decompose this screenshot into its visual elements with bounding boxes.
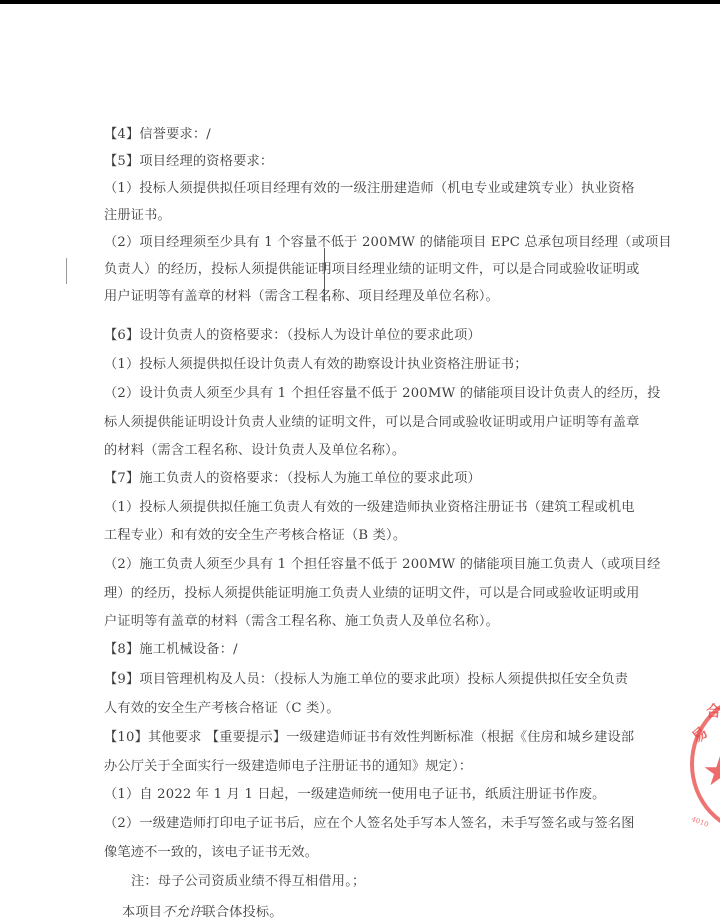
scan-margin-mark <box>66 258 67 284</box>
consortium-prefix: 本项目 <box>122 905 162 920</box>
seal-star-icon: ★ <box>702 752 720 792</box>
section-5-item-1: （1）投标人须提供拟任项目经理有效的一级注册建造师（机电专业或建筑专业）执业资格 <box>104 180 612 198</box>
section-8-equipment: 【8】施工机械设备：/ <box>104 641 238 659</box>
section-10-item-2: （2）一级建造师打印电子证书后，应在个人签名处手写本人签名，未手写签名或与签名图 <box>104 815 608 833</box>
section-10-heading: 【10】其他要求 【重要提示】一级建造师证书有效性判断标准（根据《住房和城乡建设… <box>104 729 616 747</box>
section-7-item-2: （2）施工负责人须至少具有 1 个担任容量不低于 200MW 的储能项目施工负责… <box>104 556 616 574</box>
section-7-heading: 【7】施工负责人的资格要求：（投标人为施工单位的要求此项） <box>104 470 481 488</box>
section-6-item-2-cont-2: 的材料（需含工程名称、设计负责人及单位名称）。 <box>104 442 405 460</box>
scanned-document-page: 【4】信誉要求：/ 【5】项目经理的资格要求： （1）投标人须提供拟任项目经理有… <box>0 0 720 921</box>
section-9-cont: 人有效的安全生产考核合格证（C 类）。 <box>104 700 340 718</box>
section-7-item-1-cont: 工程专业）和有效的安全生产考核合格证（B 类）。 <box>104 527 406 545</box>
section-6-item-1: （1）投标人须提供拟任设计负责人有效的勘察设计执业资格注册证书； <box>104 356 528 374</box>
seal-char-1: 合 <box>706 700 720 721</box>
consortium-emphasis: 不允许 <box>162 905 202 920</box>
consortium-line: 本项目不允许联合体投标。 <box>122 904 283 921</box>
section-6-item-2: （2）设计负责人须至少具有 1 个担任容量不低于 200MW 的储能项目设计负责… <box>104 385 616 403</box>
section-7-item-1: （1）投标人须提供拟任施工负责人有效的一级建造师执业资格注册证书（建筑工程或机电 <box>104 499 612 517</box>
section-5-heading: 【5】项目经理的资格要求： <box>104 153 273 171</box>
section-10-cont: 办公厅关于全面实行一级建造师电子注册证书的通知》规定）： <box>104 758 472 776</box>
section-7-item-2-cont-1: 理）的经历，投标人须提供能证明施工负责人业绩的证明文件，可以是合同或验收证明或用 <box>104 585 616 603</box>
note-line: 注：母子公司资质业绩不得互相借用。； <box>131 873 365 891</box>
section-10-item-1: （1）自 2022 年 1 月 1 日起，一级建造师统一使用电子证书，纸质注册证… <box>104 786 606 804</box>
section-6-heading: 【6】设计负责人的资格要求：（投标人为设计单位的要求此项） <box>104 327 481 345</box>
section-5-item-2: （2）项目经理须至少具有 1 个容量不低于 200MW 的储能项目 EPC 总承… <box>104 234 616 252</box>
section-5-item-1-cont: 注册证书。 <box>104 207 171 225</box>
section-9-heading: 【9】项目管理机构及人员：（投标人为施工单位的要求此项）投标人须提供拟任安全负责 <box>104 671 616 689</box>
section-6-item-2-cont-1: 标人须提供能证明设计负责人业绩的证明文件，可以是合同或验收证明或用户证明等有盖章 <box>104 414 616 432</box>
consortium-suffix: 联合体投标。 <box>202 905 282 920</box>
section-7-item-2-cont-2: 户证明等有盖章的材料（需含工程名称、施工负责人及单位名称）。 <box>104 613 499 631</box>
section-4-credit: 【4】信誉要求：/ <box>104 126 211 144</box>
section-5-item-2-cont-1: 负责人）的经历，投标人须提供能证明项目经理业绩的证明文件，可以是合同或验收证明或 <box>104 261 616 279</box>
seal-number: 4010 <box>690 815 709 829</box>
section-5-item-2-cont-2: 用户证明等有盖章的材料（需含工程名称、项目经理及单位名称）。 <box>104 288 499 306</box>
section-10-item-2-cont: 像笔迹不一致的，该电子证书无效。 <box>104 844 318 862</box>
